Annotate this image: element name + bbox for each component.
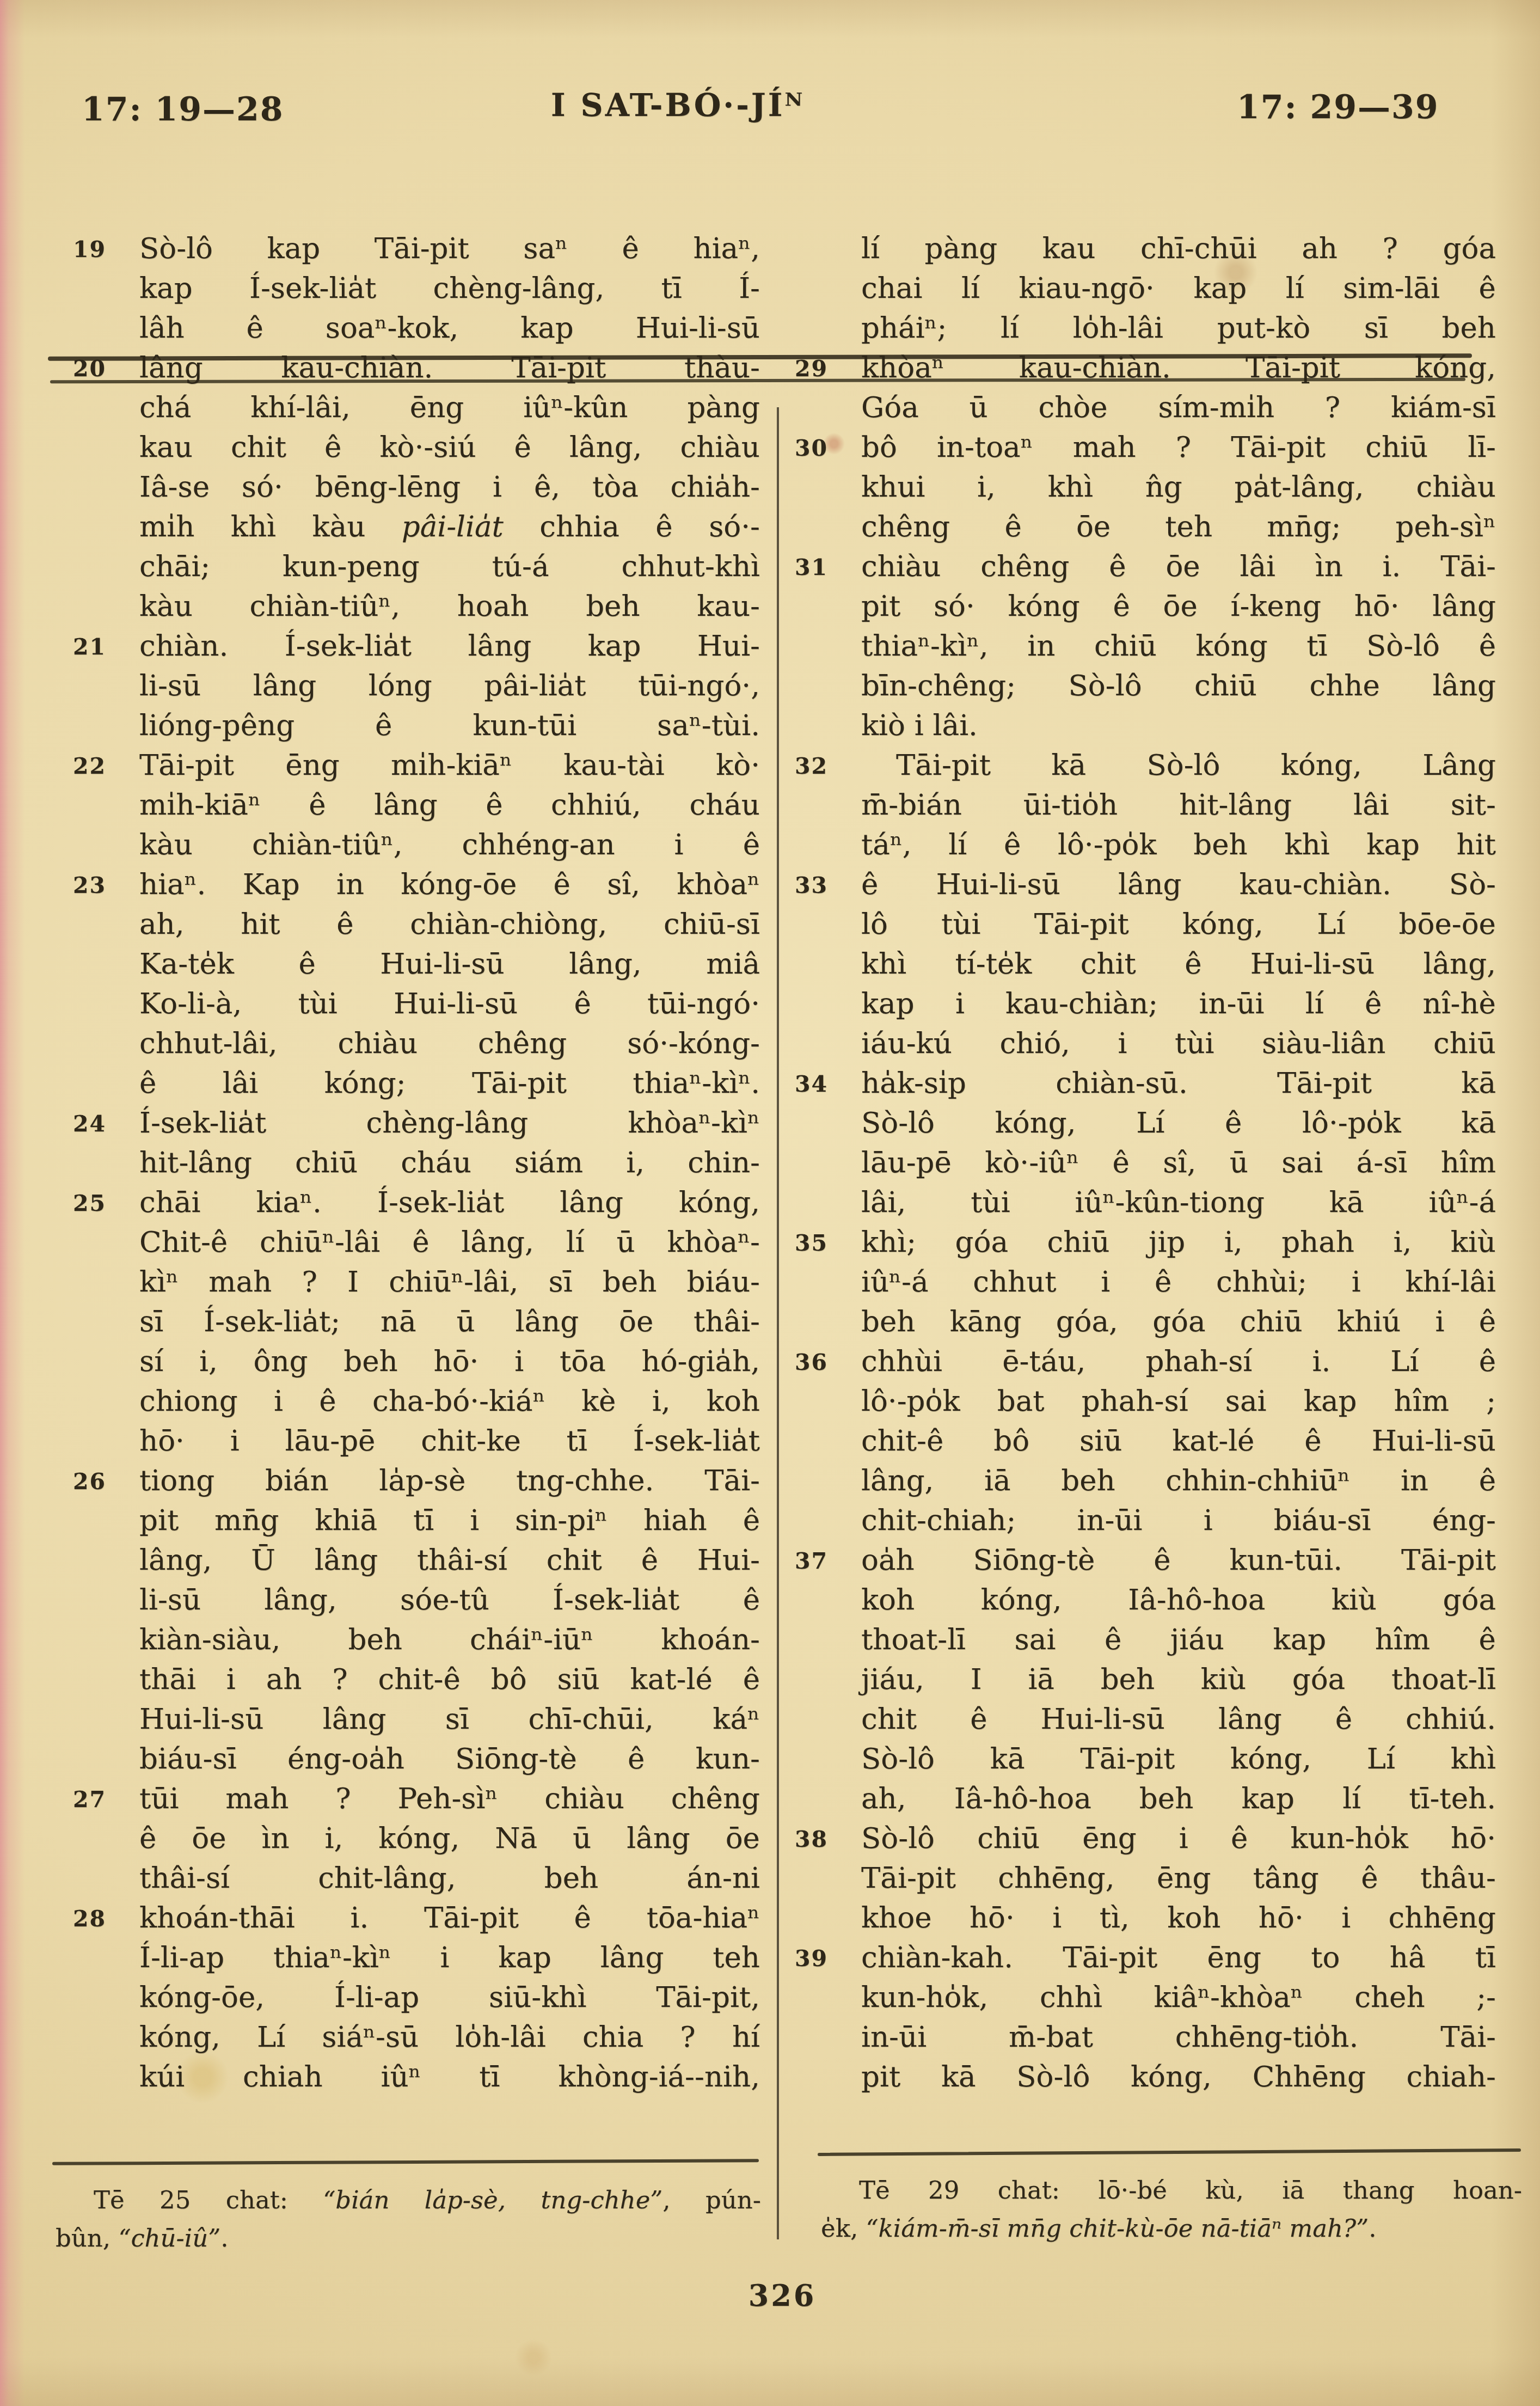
verse-number: 36 bbox=[795, 1342, 852, 1383]
verse-text: chāi; kun-peng tú-á chhut-khì bbox=[139, 547, 760, 586]
verse-text: ah, Iâ-hô-hoa beh kap lí tī-teh. bbox=[861, 1779, 1496, 1819]
verse-text: kiàn-siàu, beh cháiⁿ-iūⁿ khoán- bbox=[139, 1620, 760, 1660]
column-divider bbox=[777, 407, 779, 2239]
verse-text: li-sū lâng, sóe-tû Í-sek-lia̍t ê bbox=[139, 1580, 760, 1620]
text-column-left: 19Sò-lô kap Tāi-pit saⁿ ê hiaⁿ,kap Í-sek… bbox=[139, 229, 760, 2097]
verse-text: Hui-li-sū lâng sī chī-chūi, káⁿ bbox=[139, 1699, 760, 1739]
verse-line: beh kāng góa, góa chiū khiú i ê bbox=[861, 1302, 1496, 1342]
footnote-rule-right bbox=[818, 2148, 1521, 2156]
verse-line: kìⁿ mah ? I chiūⁿ-lâi, sī beh biáu- bbox=[139, 1262, 760, 1302]
verse-line: lâi, tùi iûⁿ-kûn-tiong kā iûⁿ-á bbox=[861, 1183, 1496, 1222]
header-book-title: I SAT-BÓ·-JÍᴺ bbox=[551, 87, 805, 124]
verse-line: iáu-kú chió, i tùi siàu-liân chiū bbox=[861, 1024, 1496, 1063]
verse-number: 31 bbox=[795, 547, 852, 588]
verse-line: Chit-ê chiūⁿ-lâi ê lâng, lí ū khòaⁿ- bbox=[139, 1222, 760, 1262]
verse-text: lióng-pêng ê kun-tūi saⁿ-tùi. bbox=[139, 706, 760, 745]
verse-line: m̄-bián ūi-tio̍h hit-lâng lâi sit- bbox=[861, 785, 1496, 825]
verse-line: lāu-pē kò·-iûⁿ ê sî, ū sai á-sī hîm bbox=[861, 1143, 1496, 1183]
verse-text: kìⁿ mah ? I chiūⁿ-lâi, sī beh biáu- bbox=[139, 1262, 760, 1302]
verse-text: kóng, Lí siáⁿ-sū lo̍h-lâi chia ? hí bbox=[139, 2017, 760, 2057]
verse-line: mi̍h khì kàu pâi-lia̍t chhia ê só·- bbox=[139, 507, 760, 547]
verse-text: ê lâi kóng; Tāi-pit thiaⁿ-kìⁿ. bbox=[139, 1063, 760, 1103]
verse-text: iûⁿ-á chhut i ê chhùi; i khí-lâi bbox=[861, 1262, 1496, 1302]
verse-line: thiaⁿ-kìⁿ, in chiū kóng tī Sò-lô ê bbox=[861, 626, 1496, 666]
verse-line: kúi chiah iûⁿ tī khòng-iá--nih, bbox=[139, 2057, 760, 2097]
verse-line: bīn-chêng; Sò-lô chiū chhe lâng bbox=[861, 666, 1496, 706]
verse-line: 35khì; góa chiū jip i, phah i, kiù bbox=[861, 1222, 1496, 1262]
verse-text: chêng ê ōe teh mn̄g; peh-sìⁿ bbox=[861, 507, 1496, 547]
verse-text: ha̍k-si̍p chiàn-sū. Tāi-pit kā bbox=[861, 1063, 1496, 1103]
verse-text: pit só· kóng ê ōe í-keng hō· lâng bbox=[861, 586, 1496, 626]
verse-text: thiaⁿ-kìⁿ, in chiū kóng tī Sò-lô ê bbox=[861, 626, 1496, 666]
verse-number: 28 bbox=[73, 1898, 131, 1939]
verse-text: chhùi ē-táu, phah-sí i. Lí ê bbox=[861, 1342, 1496, 1381]
verse-line: 34ha̍k-si̍p chiàn-sū. Tāi-pit kā bbox=[861, 1063, 1496, 1103]
verse-text: m̄-bián ūi-tio̍h hit-lâng lâi sit- bbox=[861, 785, 1496, 825]
verse-text: chit-chiah; in-ūi i biáu-sī éng- bbox=[861, 1501, 1496, 1540]
verse-text: kap i kau-chiàn; in-ūi lí ê nî-hè bbox=[861, 984, 1496, 1024]
verse-text: iáu-kú chió, i tùi siàu-liân chiū bbox=[861, 1024, 1496, 1063]
verse-text: Chit-ê chiūⁿ-lâi ê lâng, lí ū khòaⁿ- bbox=[139, 1222, 760, 1262]
verse-line: koh kóng, Iâ-hô-hoa kiù góa bbox=[861, 1580, 1496, 1620]
verse-line: Góa ū chòe sím-mi̍h ? kiám-sī bbox=[861, 388, 1496, 427]
verse-line: khì tí-te̍k chit ê Hui-li-sū lâng, bbox=[861, 944, 1496, 984]
header-verse-range-right: 17: 29—39 bbox=[1237, 88, 1439, 126]
verse-line: chá khí-lâi, ēng iûⁿ-kûn pàng bbox=[139, 388, 760, 427]
verse-line: kiàn-siàu, beh cháiⁿ-iūⁿ khoán- bbox=[139, 1620, 760, 1660]
verse-text: táⁿ, lí ê lô·-po̍k beh khì kap hit bbox=[861, 825, 1496, 865]
verse-text: Iâ-se só· bēng-lēng i ê, tòa chia̍h- bbox=[139, 467, 760, 507]
verse-line: biáu-sī éng-oa̍h Siōng-tè ê kun- bbox=[139, 1739, 760, 1779]
verse-line: pit kā Sò-lô kóng, Chhēng chiah- bbox=[861, 2057, 1496, 2097]
verse-line: 28khoán-thāi i. Tāi-pit ê tōa-hiaⁿ bbox=[139, 1898, 760, 1938]
verse-number: 25 bbox=[73, 1183, 131, 1224]
verse-number: 23 bbox=[73, 865, 131, 906]
verse-text: thāi i ah ? chit-ê bô siū kat-lé ê bbox=[139, 1660, 760, 1699]
verse-text: bô in-toaⁿ mah ? Tāi-pit chiū lī- bbox=[861, 427, 1496, 467]
verse-text: chiàn. Í-sek-lia̍t lâng kap Hui- bbox=[139, 626, 760, 666]
verse-line: lô tùi Tāi-pit kóng, Lí bōe-ōe bbox=[861, 904, 1496, 944]
verse-text: ê ōe ìn i, kóng, Nā ū lâng ōe bbox=[139, 1819, 760, 1858]
verse-text: Tāi-pit ēng mi̍h-kiāⁿ kau-tài kò· bbox=[139, 745, 760, 785]
verse-text: sí i, ông beh hō· i tōa hó-gia̍h, bbox=[139, 1342, 760, 1381]
verse-text: Ko-li-à, tùi Hui-li-sū ê tūi-ngó· bbox=[139, 984, 760, 1024]
verse-line: pháiⁿ; lí lo̍h-lâi put-kò sī beh bbox=[861, 308, 1496, 348]
verse-line: Ko-li-à, tùi Hui-li-sū ê tūi-ngó· bbox=[139, 984, 760, 1024]
verse-text: lô·-po̍k bat phah-sí sai kap hîm ; bbox=[861, 1381, 1496, 1421]
verse-text: thoat-lī sai ê jiáu kap hîm ê bbox=[861, 1620, 1496, 1660]
verse-text: hō· i lāu-pē chit-ke tī Í-sek-lia̍t bbox=[139, 1421, 760, 1461]
verse-line: hit-lâng chiū cháu siám i, chin- bbox=[139, 1143, 760, 1183]
header-verse-range-left: 17: 19—28 bbox=[82, 90, 284, 128]
footnote-text: Tē 25 chat: “bián la̍p-sè, tng-chhe”, pú… bbox=[56, 2181, 761, 2219]
verse-text: khui i, khì n̂g pa̍t-lâng, chiàu bbox=[861, 467, 1496, 507]
footnote-right: Tē 29 chat: lō·-bé kù, iā thang hoan-e̍k… bbox=[821, 2171, 1522, 2248]
verse-line: 32Tāi-pit kā Sò-lô kóng, Lâng bbox=[861, 745, 1496, 785]
verse-text: hit-lâng chiū cháu siám i, chin- bbox=[139, 1143, 760, 1183]
verse-line: chêng ê ōe teh mn̄g; peh-sìⁿ bbox=[861, 507, 1496, 547]
verse-number: 33 bbox=[795, 865, 852, 906]
verse-line: 31chiàu chêng ê ōe lâi ìn i. Tāi- bbox=[861, 547, 1496, 586]
verse-text: beh kāng góa, góa chiū khiú i ê bbox=[861, 1302, 1496, 1342]
verse-number: 22 bbox=[73, 745, 131, 787]
verse-line: 21chiàn. Í-sek-lia̍t lâng kap Hui- bbox=[139, 626, 760, 666]
verse-line: khui i, khì n̂g pa̍t-lâng, chiàu bbox=[861, 467, 1496, 507]
verse-line: sī Í-sek-lia̍t; nā ū lâng ōe thâi- bbox=[139, 1302, 760, 1342]
verse-text: tiong bián la̍p-sè tng-chhe. Tāi- bbox=[139, 1461, 760, 1501]
footnote-line: Tē 29 chat: lō·-bé kù, iā thang hoan- bbox=[821, 2171, 1522, 2209]
verse-line: kap Í-sek-lia̍t chèng-lâng, tī Í- bbox=[139, 268, 760, 308]
verse-number: 24 bbox=[73, 1103, 131, 1144]
verse-line: kau chit ê kò·-siú ê lâng, chiàu bbox=[139, 427, 760, 467]
verse-line: li-sū lâng, sóe-tû Í-sek-lia̍t ê bbox=[139, 1580, 760, 1620]
verse-text: khì; góa chiū jip i, phah i, kiù bbox=[861, 1222, 1496, 1262]
verse-number: 39 bbox=[795, 1938, 852, 1979]
verse-line: iûⁿ-á chhut i ê chhùi; i khí-lâi bbox=[861, 1262, 1496, 1302]
verse-text: pháiⁿ; lí lo̍h-lâi put-kò sī beh bbox=[861, 308, 1496, 348]
verse-line: thoat-lī sai ê jiáu kap hîm ê bbox=[861, 1620, 1496, 1660]
verse-line: ê ōe ìn i, kóng, Nā ū lâng ōe bbox=[139, 1819, 760, 1858]
verse-line: 23hiaⁿ. Kap in kóng-ōe ê sî, khòaⁿ bbox=[139, 865, 760, 904]
footnote-line: e̍k, “kiám-m̄-sī mn̄g chit-kù-ōe nā-tiāⁿ… bbox=[821, 2209, 1522, 2248]
verse-text: chit-ê bô siū kat-lé ê Hui-li-sū bbox=[861, 1421, 1496, 1461]
verse-line: kàu chiàn-tiûⁿ, hoah beh kau- bbox=[139, 586, 760, 626]
verse-text: Sò-lô chiū ēng i ê kun-ho̍k hō· bbox=[861, 1819, 1496, 1858]
verse-line: Iâ-se só· bēng-lēng i ê, tòa chia̍h- bbox=[139, 467, 760, 507]
verse-line: lí pàng kau chī-chūi ah ? góa bbox=[861, 229, 1496, 268]
verse-line: lâng, Ū lâng thâi-sí chit ê Hui- bbox=[139, 1540, 760, 1580]
verse-line: chiong i ê cha-bó·-kiáⁿ kè i, koh bbox=[139, 1381, 760, 1421]
verse-text: biáu-sī éng-oa̍h Siōng-tè ê kun- bbox=[139, 1739, 760, 1779]
verse-line: chāi; kun-peng tú-á chhut-khì bbox=[139, 547, 760, 586]
verse-line: 36chhùi ē-táu, phah-sí i. Lí ê bbox=[861, 1342, 1496, 1381]
verse-text: chá khí-lâi, ēng iûⁿ-kûn pàng bbox=[139, 388, 760, 427]
verse-text: lâng kau-chiàn. Tāi-pit thàu- bbox=[139, 348, 760, 388]
verse-line: Sò-lô kóng, Lí ê lô·-po̍k kā bbox=[861, 1103, 1496, 1143]
verse-text: sī Í-sek-lia̍t; nā ū lâng ōe thâi- bbox=[139, 1302, 760, 1342]
verse-line: kóng, Lí siáⁿ-sū lo̍h-lâi chia ? hí bbox=[139, 2017, 760, 2057]
verse-line: lâng, iā beh chhin-chhiūⁿ in ê bbox=[861, 1461, 1496, 1501]
verse-number: 37 bbox=[795, 1540, 852, 1582]
verse-text: lâi, tùi iûⁿ-kûn-tiong kā iûⁿ-á bbox=[861, 1183, 1496, 1222]
verse-number: 21 bbox=[73, 626, 131, 668]
verse-line: 37oa̍h Siōng-tè ê kun-tūi. Tāi-pit bbox=[861, 1540, 1496, 1580]
verse-text: chiong i ê cha-bó·-kiáⁿ kè i, koh bbox=[139, 1381, 760, 1421]
verse-line: Hui-li-sū lâng sī chī-chūi, káⁿ bbox=[139, 1699, 760, 1739]
verse-text: pit mn̄g khiā tī i sin-piⁿ hiah ê bbox=[139, 1501, 760, 1540]
footnote-line: bûn, “chū-iû”. bbox=[56, 2219, 761, 2257]
verse-number: 27 bbox=[73, 1779, 131, 1820]
verse-line: lióng-pêng ê kun-tūi saⁿ-tùi. bbox=[139, 706, 760, 745]
verse-line: 39chiàn-kah. Tāi-pit ēng to hâ tī bbox=[861, 1938, 1496, 1978]
verse-number: 19 bbox=[73, 229, 131, 270]
verse-text: hiaⁿ. Kap in kóng-ōe ê sî, khòaⁿ bbox=[139, 865, 760, 904]
verse-text: koh kóng, Iâ-hô-hoa kiù góa bbox=[861, 1580, 1496, 1620]
verse-text: jiáu, I iā beh kiù góa thoat-lī bbox=[861, 1660, 1496, 1699]
verse-text: Tāi-pit chhēng, ēng tâng ê thâu- bbox=[861, 1858, 1496, 1898]
verse-text: kun-ho̍k, chhì kiâⁿ-khòaⁿ cheh ;- bbox=[861, 1978, 1496, 2017]
verse-line: thāi i ah ? chit-ê bô siū kat-lé ê bbox=[139, 1660, 760, 1699]
verse-line: kap i kau-chiàn; in-ūi lí ê nî-hè bbox=[861, 984, 1496, 1024]
verse-line: pit mn̄g khiā tī i sin-piⁿ hiah ê bbox=[139, 1501, 760, 1540]
verse-number: 20 bbox=[73, 348, 131, 389]
verse-text: kóng-ōe, Í-li-ap siū-khì Tāi-pit, bbox=[139, 1978, 760, 2017]
verse-line: Í-li-ap thiaⁿ-kìⁿ i kap lâng teh bbox=[139, 1938, 760, 1978]
verse-text: ah, hit ê chiàn-chiòng, chiū-sī bbox=[139, 904, 760, 944]
verse-line: in-ūi m̄-bat chhēng-tio̍h. Tāi- bbox=[861, 2017, 1496, 2057]
verse-line: khoe hō· i tì, koh hō· i chhēng bbox=[861, 1898, 1496, 1938]
verse-line: 33ê Hui-li-sū lâng kau-chiàn. Sò- bbox=[861, 865, 1496, 904]
verse-line: chit ê Hui-li-sū lâng ê chhiú. bbox=[861, 1699, 1496, 1739]
verse-line: lâh ê soaⁿ-kok, kap Hui-li-sū bbox=[139, 308, 760, 348]
verse-line: 29khòaⁿ kau-chiàn. Tāi-pit kóng, bbox=[861, 348, 1496, 388]
verse-line: chit-ê bô siū kat-lé ê Hui-li-sū bbox=[861, 1421, 1496, 1461]
footnote-rule-left bbox=[52, 2159, 759, 2165]
verse-text: in-ūi m̄-bat chhēng-tio̍h. Tāi- bbox=[861, 2017, 1496, 2057]
verse-line: Ka-te̍k ê Hui-li-sū lâng, miâ bbox=[139, 944, 760, 984]
verse-line: kun-ho̍k, chhì kiâⁿ-khòaⁿ cheh ;- bbox=[861, 1978, 1496, 2017]
verse-line: thâi-sí chit-lâng, beh án-ni bbox=[139, 1858, 760, 1898]
verse-line: 20lâng kau-chiàn. Tāi-pit thàu- bbox=[139, 348, 760, 388]
verse-text: chāi kiaⁿ. Í-sek-lia̍t lâng kóng, bbox=[139, 1183, 760, 1222]
verse-line: ah, hit ê chiàn-chiòng, chiū-sī bbox=[139, 904, 760, 944]
verse-text: lí pàng kau chī-chūi ah ? góa bbox=[861, 229, 1496, 268]
verse-line: chai lí kiau-ngō· kap lí sim-lāi ê bbox=[861, 268, 1496, 308]
footnote-text: bûn, “chū-iû”. bbox=[56, 2219, 761, 2257]
verse-text: ê Hui-li-sū lâng kau-chiàn. Sò- bbox=[861, 865, 1496, 904]
verse-text: chiàu chêng ê ōe lâi ìn i. Tāi- bbox=[861, 547, 1496, 586]
verse-text: kàu chiàn-tiûⁿ, chhéng-an i ê bbox=[139, 825, 760, 865]
verse-line: mi̍h-kiāⁿ ê lâng ê chhiú, cháu bbox=[139, 785, 760, 825]
verse-text: lâng, iā beh chhin-chhiūⁿ in ê bbox=[861, 1461, 1496, 1501]
verse-text: khì tí-te̍k chit ê Hui-li-sū lâng, bbox=[861, 944, 1496, 984]
verse-number: 34 bbox=[795, 1063, 852, 1105]
verse-text: chai lí kiau-ngō· kap lí sim-lāi ê bbox=[861, 268, 1496, 308]
verse-number: 35 bbox=[795, 1222, 852, 1264]
verse-line: hō· i lāu-pē chit-ke tī Í-sek-lia̍t bbox=[139, 1421, 760, 1461]
verse-line: lô·-po̍k bat phah-sí sai kap hîm ; bbox=[861, 1381, 1496, 1421]
verse-text: khoe hō· i tì, koh hō· i chhēng bbox=[861, 1898, 1496, 1938]
verse-line: chhut-lâi, chiàu chêng só·-kóng- bbox=[139, 1024, 760, 1063]
page-number: 326 bbox=[728, 2278, 837, 2313]
verse-text: chit ê Hui-li-sū lâng ê chhiú. bbox=[861, 1699, 1496, 1739]
verse-line: ah, Iâ-hô-hoa beh kap lí tī-teh. bbox=[861, 1779, 1496, 1819]
footnote-text: Tē 29 chat: lō·-bé kù, iā thang hoan- bbox=[821, 2171, 1522, 2209]
book-page: 17: 19—28 I SAT-BÓ·-JÍᴺ 17: 29—39 19Sò-l… bbox=[0, 0, 1540, 2406]
verse-line: ê lâi kóng; Tāi-pit thiaⁿ-kìⁿ. bbox=[139, 1063, 760, 1103]
verse-line: 27tūi mah ? Peh-sìⁿ chiàu chêng bbox=[139, 1779, 760, 1819]
verse-line: kiò i lâi. bbox=[861, 706, 1496, 745]
verse-text: li-sū lâng lóng pâi-lia̍t tūi-ngó·, bbox=[139, 666, 760, 706]
verse-line: 25chāi kiaⁿ. Í-sek-lia̍t lâng kóng, bbox=[139, 1183, 760, 1222]
verse-line: chit-chiah; in-ūi i biáu-sī éng- bbox=[861, 1501, 1496, 1540]
verse-text: mi̍h khì kàu pâi-lia̍t chhia ê só·- bbox=[139, 507, 760, 547]
verse-line: kóng-ōe, Í-li-ap siū-khì Tāi-pit, bbox=[139, 1978, 760, 2017]
footnote-left: Tē 25 chat: “bián la̍p-sè, tng-chhe”, pú… bbox=[56, 2181, 761, 2257]
footnote-line: Tē 25 chat: “bián la̍p-sè, tng-chhe”, pú… bbox=[56, 2181, 761, 2219]
verse-number: 32 bbox=[795, 745, 852, 787]
verse-text: Góa ū chòe sím-mi̍h ? kiám-sī bbox=[861, 388, 1496, 427]
verse-text: lâh ê soaⁿ-kok, kap Hui-li-sū bbox=[139, 308, 760, 348]
verse-text: Sò-lô kóng, Lí ê lô·-po̍k kā bbox=[861, 1103, 1496, 1143]
verse-line: 22Tāi-pit ēng mi̍h-kiāⁿ kau-tài kò· bbox=[139, 745, 760, 785]
verse-line: jiáu, I iā beh kiù góa thoat-lī bbox=[861, 1660, 1496, 1699]
verse-text: kap Í-sek-lia̍t chèng-lâng, tī Í- bbox=[139, 268, 760, 308]
verse-text: kiò i lâi. bbox=[861, 706, 1496, 745]
verse-text: thâi-sí chit-lâng, beh án-ni bbox=[139, 1858, 760, 1898]
verse-line: sí i, ông beh hō· i tōa hó-gia̍h, bbox=[139, 1342, 760, 1381]
verse-line: 24Í-sek-lia̍t chèng-lâng khòaⁿ-kìⁿ bbox=[139, 1103, 760, 1143]
verse-number: 29 bbox=[795, 348, 852, 389]
verse-line: 19Sò-lô kap Tāi-pit saⁿ ê hiaⁿ, bbox=[139, 229, 760, 268]
verse-text: lô tùi Tāi-pit kóng, Lí bōe-ōe bbox=[861, 904, 1496, 944]
verse-text: kàu chiàn-tiûⁿ, hoah beh kau- bbox=[139, 586, 760, 626]
text-column-right: lí pàng kau chī-chūi ah ? góachai lí kia… bbox=[861, 229, 1496, 2097]
verse-text: Tāi-pit kā Sò-lô kóng, Lâng bbox=[861, 745, 1496, 785]
verse-line: kàu chiàn-tiûⁿ, chhéng-an i ê bbox=[139, 825, 760, 865]
verse-line: 30bô in-toaⁿ mah ? Tāi-pit chiū lī- bbox=[861, 427, 1496, 467]
verse-text: kau chit ê kò·-siú ê lâng, chiàu bbox=[139, 427, 760, 467]
verse-text: chhut-lâi, chiàu chêng só·-kóng- bbox=[139, 1024, 760, 1063]
verse-text: Ka-te̍k ê Hui-li-sū lâng, miâ bbox=[139, 944, 760, 984]
verse-line: Sò-lô kā Tāi-pit kóng, Lí khì bbox=[861, 1739, 1496, 1779]
verse-number: 26 bbox=[73, 1461, 131, 1502]
verse-number: 38 bbox=[795, 1819, 852, 1860]
verse-text: khòaⁿ kau-chiàn. Tāi-pit kóng, bbox=[861, 348, 1496, 388]
verse-text: tūi mah ? Peh-sìⁿ chiàu chêng bbox=[139, 1779, 760, 1819]
verse-text: mi̍h-kiāⁿ ê lâng ê chhiú, cháu bbox=[139, 785, 760, 825]
verse-line: 38Sò-lô chiū ēng i ê kun-ho̍k hō· bbox=[861, 1819, 1496, 1858]
footnote-text: e̍k, “kiám-m̄-sī mn̄g chit-kù-ōe nā-tiāⁿ… bbox=[821, 2209, 1522, 2248]
verse-line: Tāi-pit chhēng, ēng tâng ê thâu- bbox=[861, 1858, 1496, 1898]
verse-text: chiàn-kah. Tāi-pit ēng to hâ tī bbox=[861, 1938, 1496, 1978]
verse-text: Sò-lô kā Tāi-pit kóng, Lí khì bbox=[861, 1739, 1496, 1779]
verse-text: bīn-chêng; Sò-lô chiū chhe lâng bbox=[861, 666, 1496, 706]
verse-line: táⁿ, lí ê lô·-po̍k beh khì kap hit bbox=[861, 825, 1496, 865]
verse-number: 30 bbox=[795, 427, 852, 469]
verse-line: 26tiong bián la̍p-sè tng-chhe. Tāi- bbox=[139, 1461, 760, 1501]
verse-text: khoán-thāi i. Tāi-pit ê tōa-hiaⁿ bbox=[139, 1898, 760, 1938]
verse-text: lāu-pē kò·-iûⁿ ê sî, ū sai á-sī hîm bbox=[861, 1143, 1496, 1183]
verse-text: oa̍h Siōng-tè ê kun-tūi. Tāi-pit bbox=[861, 1540, 1496, 1580]
verse-line: pit só· kóng ê ōe í-keng hō· lâng bbox=[861, 586, 1496, 626]
verse-text: Í-sek-lia̍t chèng-lâng khòaⁿ-kìⁿ bbox=[139, 1103, 760, 1143]
verse-text: lâng, Ū lâng thâi-sí chit ê Hui- bbox=[139, 1540, 760, 1580]
verse-text: Sò-lô kap Tāi-pit saⁿ ê hiaⁿ, bbox=[139, 229, 760, 268]
verse-text: kúi chiah iûⁿ tī khòng-iá--nih, bbox=[139, 2057, 760, 2097]
verse-text: pit kā Sò-lô kóng, Chhēng chiah- bbox=[861, 2057, 1496, 2097]
verse-text: Í-li-ap thiaⁿ-kìⁿ i kap lâng teh bbox=[139, 1938, 760, 1978]
verse-line: li-sū lâng lóng pâi-lia̍t tūi-ngó·, bbox=[139, 666, 760, 706]
